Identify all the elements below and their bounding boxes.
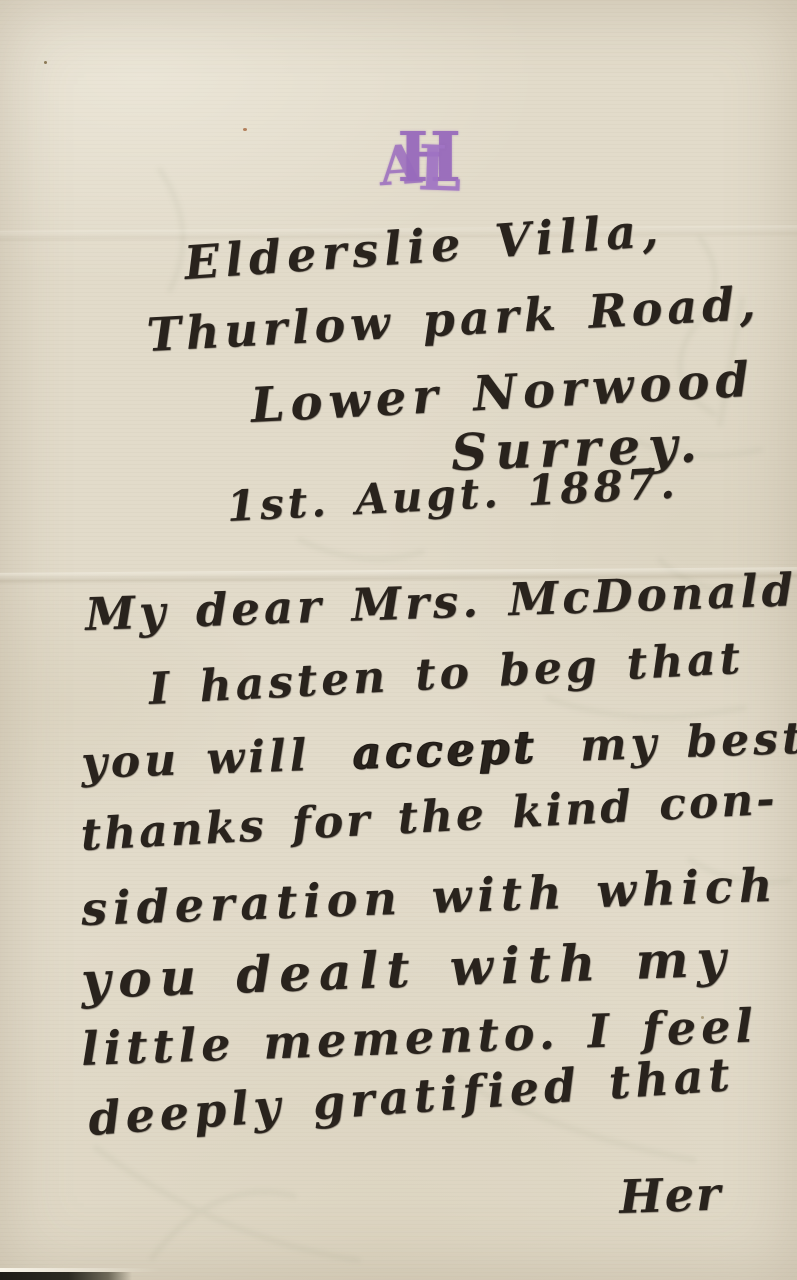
page-edge-shadow (0, 1272, 132, 1280)
monogram: A H L (381, 120, 465, 218)
address-line-2: Thurlow park Road, (146, 280, 762, 358)
address-line-1: Elderslie Villa, (183, 207, 666, 286)
monogram-letter-l: L (417, 137, 463, 200)
body-line-3: thanks for the kind con- (80, 778, 779, 858)
body-line-8-catchword: Her (618, 1170, 723, 1220)
body-line-2-post: my best (579, 713, 797, 772)
body-line-2-pre: you will (80, 730, 311, 789)
letter-page: A H L Elderslie Villa, Thurlow park Road… (0, 0, 797, 1280)
body-line-2-emphasis: accept (352, 722, 539, 779)
paper-speck (44, 61, 47, 64)
body-line-4: sideration with which (80, 862, 779, 932)
body-line-5: you dealt with my (80, 933, 734, 1006)
paper-speck (243, 128, 247, 131)
date-line: 1st. Augt. 1887. (226, 462, 680, 528)
body-line-1: I hasten to beg that (148, 637, 745, 712)
body-line-2: you will accept my best (80, 717, 797, 786)
